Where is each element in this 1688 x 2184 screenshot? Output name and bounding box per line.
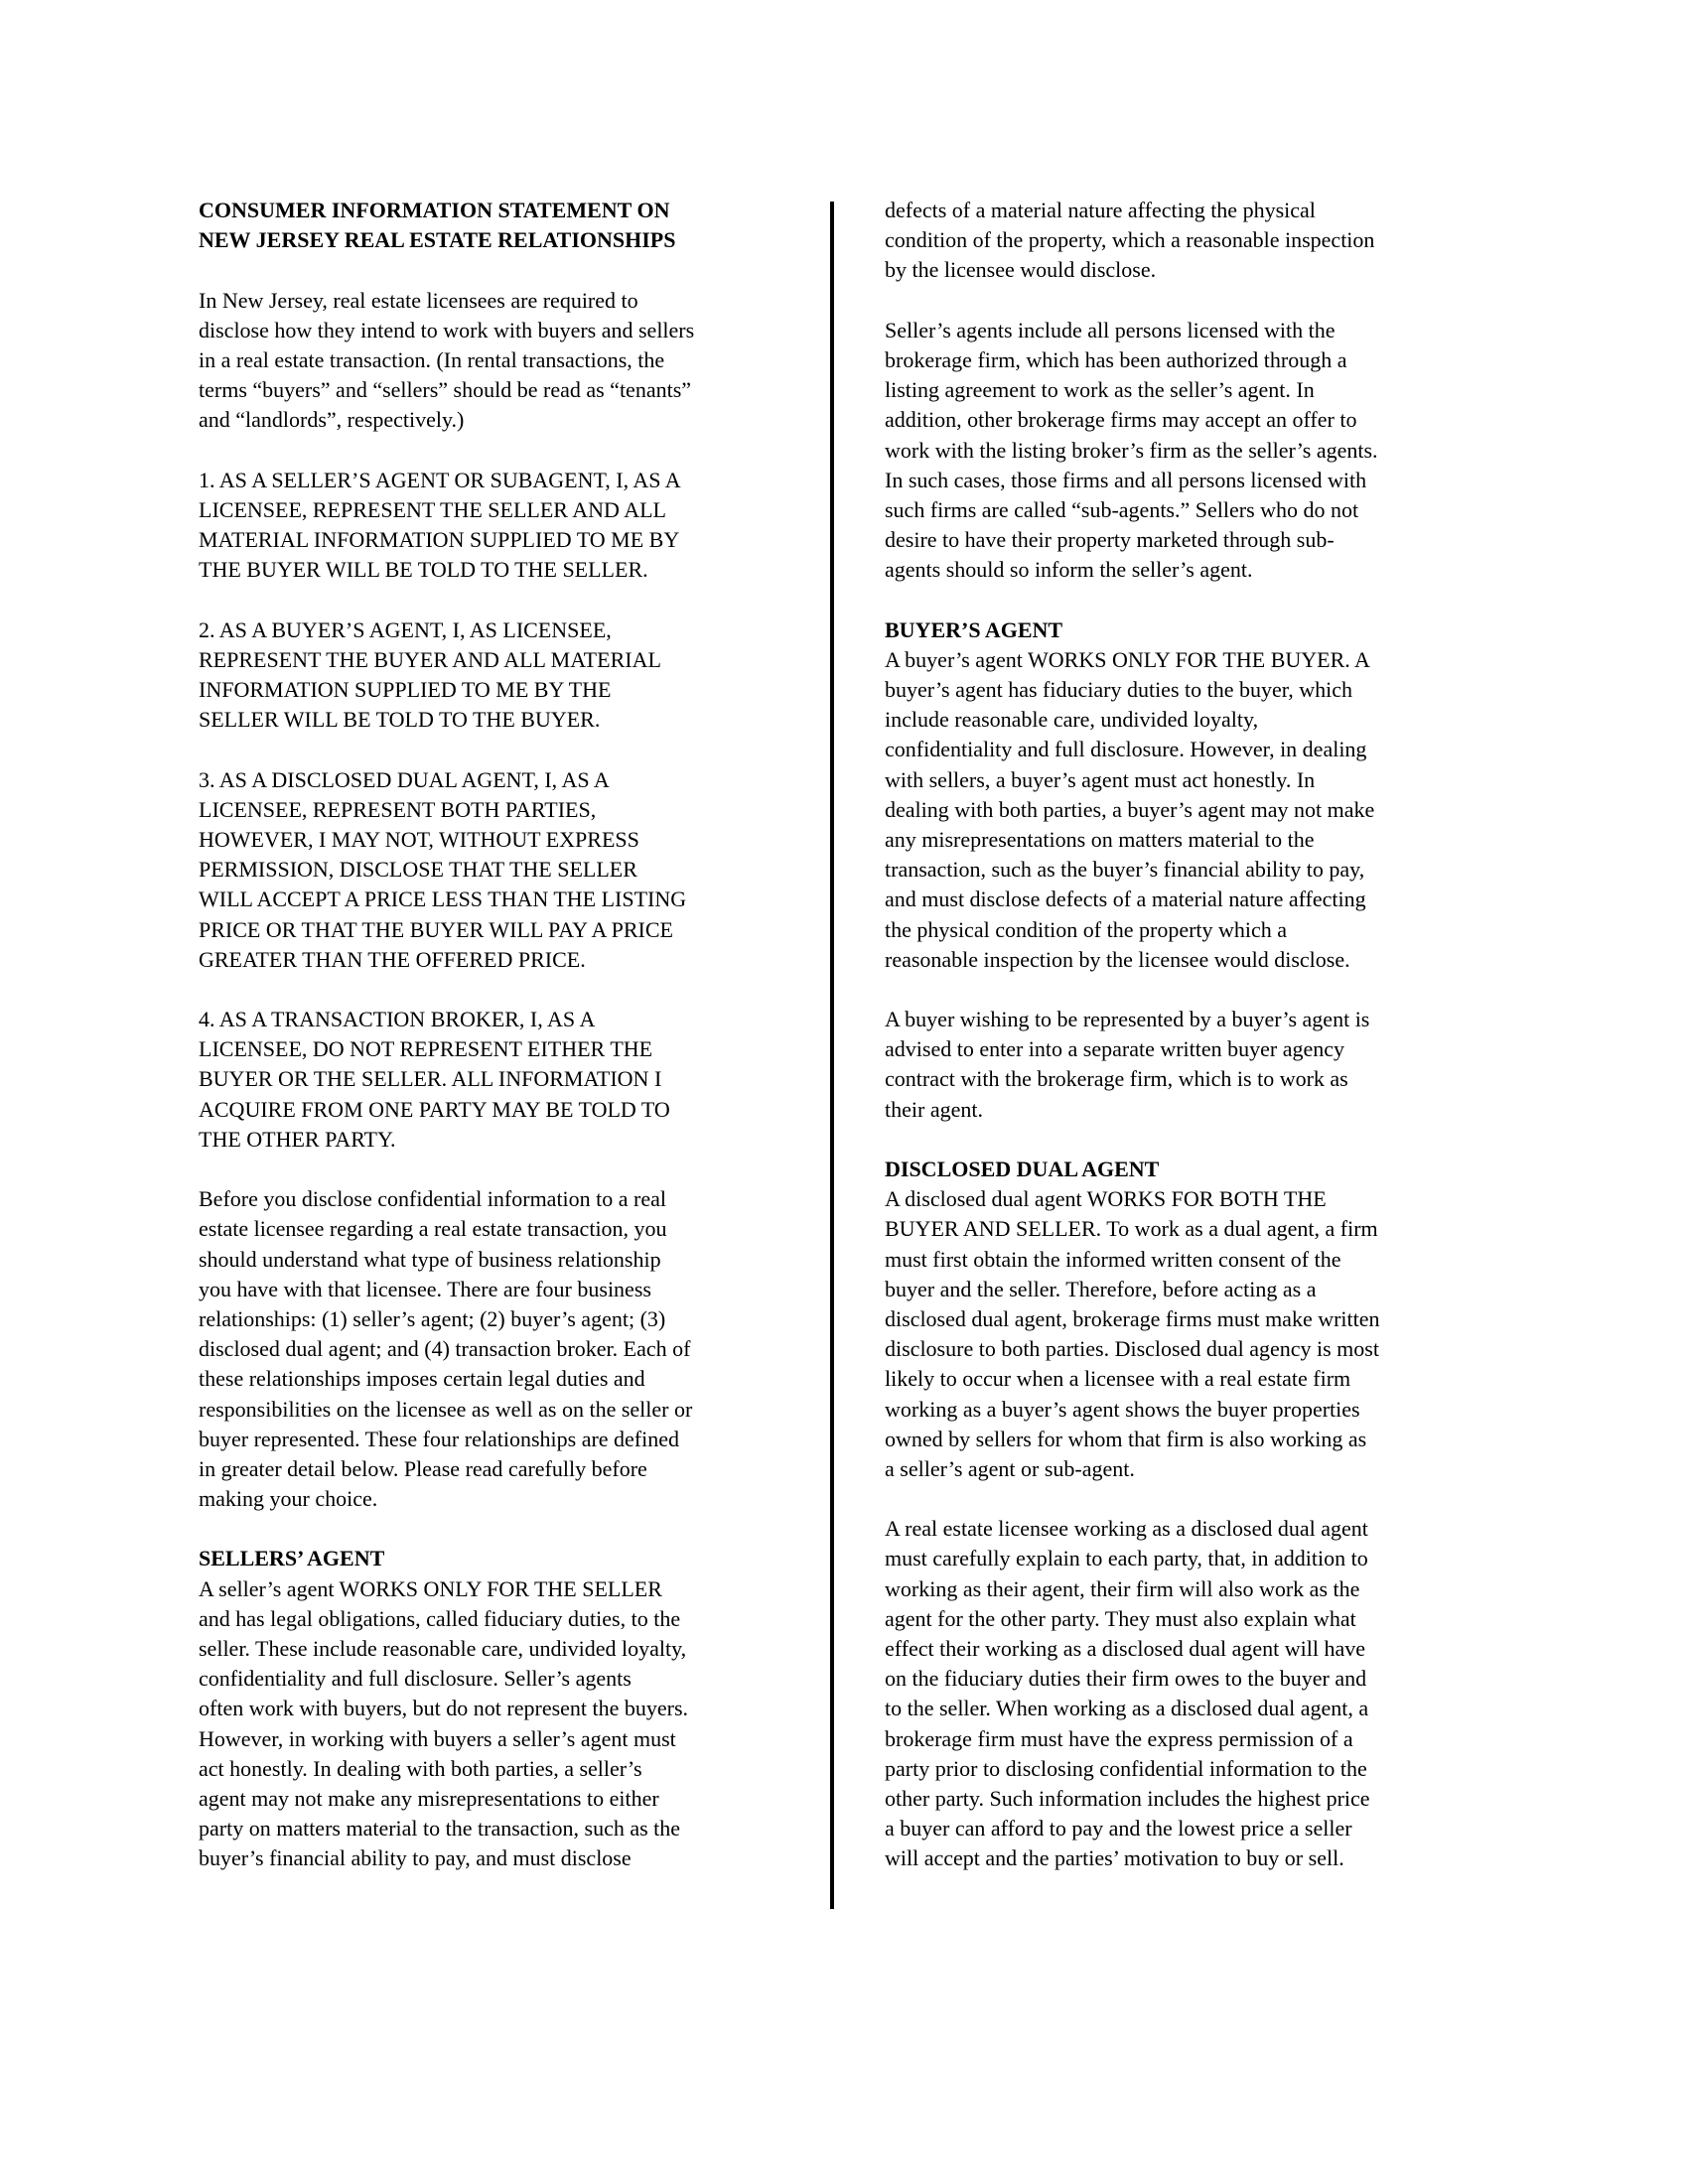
spacer: [199, 585, 794, 614]
spacer: [199, 1514, 794, 1544]
text-line: REPRESENT THE BUYER AND ALL MATERIAL: [199, 645, 794, 675]
text-line: these relationships imposes certain lega…: [199, 1364, 794, 1394]
text-line: SELLER WILL BE TOLD TO THE BUYER.: [199, 705, 794, 735]
text-line: making your choice.: [199, 1484, 794, 1514]
text-line: disclosed dual agent; and (4) transactio…: [199, 1334, 794, 1364]
text-line: ACQUIRE FROM ONE PARTY MAY BE TOLD TO: [199, 1095, 794, 1125]
text-line: A disclosed dual agent WORKS FOR BOTH TH…: [885, 1184, 1500, 1214]
text-line: HOWEVER, I MAY NOT, WITHOUT EXPRESS: [199, 825, 794, 855]
text-line: MATERIAL INFORMATION SUPPLIED TO ME BY: [199, 525, 794, 555]
text-line: transaction, such as the buyer’s financi…: [885, 855, 1500, 885]
text-line: 1. AS A SELLER’S AGENT OR SUBAGENT, I, A…: [199, 466, 794, 495]
text-line: buyer’s financial ability to pay, and mu…: [199, 1843, 794, 1873]
spacer: [885, 286, 1500, 316]
text-line: on the fiduciary duties their firm owes …: [885, 1664, 1500, 1694]
right-column: defects of a material nature affecting t…: [885, 196, 1500, 1874]
text-line: BUYER AND SELLER. To work as a dual agen…: [885, 1214, 1500, 1244]
text-line: include reasonable care, undivided loyal…: [885, 705, 1500, 735]
text-line: often work with buyers, but do not repre…: [199, 1694, 794, 1723]
text-line: work with the listing broker’s firm as t…: [885, 436, 1500, 466]
dual-agent-explain-paragraph: A real estate licensee working as a disc…: [885, 1514, 1500, 1873]
text-line: Seller’s agents include all persons lice…: [885, 316, 1500, 345]
title-line: NEW JERSEY REAL ESTATE RELATIONSHIPS: [199, 225, 794, 255]
buyer-wishing-paragraph: A buyer wishing to be represented by a b…: [885, 1005, 1500, 1125]
text-line: In New Jersey, real estate licensees are…: [199, 286, 794, 316]
text-line: 3. AS A DISCLOSED DUAL AGENT, I, AS A: [199, 765, 794, 795]
spacer: [885, 585, 1500, 614]
sellers-agents-include-paragraph: Seller’s agents include all persons lice…: [885, 316, 1500, 586]
section-sellers-agent: SELLERS’ AGENT A seller’s agent WORKS ON…: [199, 1544, 794, 1873]
text-line: LICENSEE, REPRESENT BOTH PARTIES,: [199, 795, 794, 825]
text-line: relationships: (1) seller’s agent; (2) b…: [199, 1304, 794, 1334]
intro-paragraph: In New Jersey, real estate licensees are…: [199, 286, 794, 436]
text-line: and must disclose defects of a material …: [885, 885, 1500, 914]
document-page: CONSUMER INFORMATION STATEMENT ON NEW JE…: [0, 0, 1688, 2184]
text-line: estate licensee regarding a real estate …: [199, 1214, 794, 1244]
item-dual-agent: 3. AS A DISCLOSED DUAL AGENT, I, AS A LI…: [199, 765, 794, 975]
text-line: disclosed dual agent, brokerage firms mu…: [885, 1304, 1500, 1334]
section-heading: DISCLOSED DUAL AGENT: [885, 1155, 1500, 1184]
text-line: in a real estate transaction. (In rental…: [199, 345, 794, 375]
item-buyers-agent: 2. AS A BUYER’S AGENT, I, AS LICENSEE, R…: [199, 615, 794, 736]
text-line: party on matters material to the transac…: [199, 1814, 794, 1843]
spacer: [199, 436, 794, 466]
before-disclosure-paragraph: Before you disclose confidential informa…: [199, 1184, 794, 1514]
text-line: in greater detail below. Please read car…: [199, 1454, 794, 1484]
item-sellers-agent: 1. AS A SELLER’S AGENT OR SUBAGENT, I, A…: [199, 466, 794, 586]
text-line: THE BUYER WILL BE TOLD TO THE SELLER.: [199, 555, 794, 585]
text-line: disclose how they intend to work with bu…: [199, 316, 794, 345]
text-line: such firms are called “sub-agents.” Sell…: [885, 495, 1500, 525]
section-heading: SELLERS’ AGENT: [199, 1544, 794, 1573]
spacer: [199, 255, 794, 285]
text-line: should understand what type of business …: [199, 1245, 794, 1275]
text-line: effect their working as a disclosed dual…: [885, 1634, 1500, 1664]
text-line: the physical condition of the property w…: [885, 915, 1500, 945]
section-heading: BUYER’S AGENT: [885, 615, 1500, 645]
text-line: PERMISSION, DISCLOSE THAT THE SELLER: [199, 855, 794, 885]
spacer: [885, 1125, 1500, 1155]
text-line: act honestly. In dealing with both parti…: [199, 1754, 794, 1784]
text-line: likely to occur when a licensee with a r…: [885, 1364, 1500, 1394]
text-line: THE OTHER PARTY.: [199, 1125, 794, 1155]
sellers-agent-continued: defects of a material nature affecting t…: [885, 196, 1500, 286]
left-column: CONSUMER INFORMATION STATEMENT ON NEW JE…: [199, 196, 794, 1874]
section-disclosed-dual-agent: DISCLOSED DUAL AGENT A disclosed dual ag…: [885, 1155, 1500, 1484]
text-line: responsibilities on the licensee as well…: [199, 1395, 794, 1425]
column-divider: [830, 202, 834, 1909]
item-transaction-broker: 4. AS A TRANSACTION BROKER, I, AS A LICE…: [199, 1005, 794, 1155]
spacer: [199, 735, 794, 764]
text-line: PRICE OR THAT THE BUYER WILL PAY A PRICE: [199, 915, 794, 945]
text-line: confidentiality and full disclosure. Sel…: [199, 1664, 794, 1694]
text-line: condition of the property, which a reaso…: [885, 225, 1500, 255]
title-line: CONSUMER INFORMATION STATEMENT ON: [199, 196, 794, 225]
text-line: A buyer’s agent WORKS ONLY FOR THE BUYER…: [885, 645, 1500, 675]
text-line: 4. AS A TRANSACTION BROKER, I, AS A: [199, 1005, 794, 1034]
text-line: A real estate licensee working as a disc…: [885, 1514, 1500, 1544]
text-line: In such cases, those firms and all perso…: [885, 466, 1500, 495]
text-line: to the seller. When working as a disclos…: [885, 1694, 1500, 1723]
spacer: [885, 1484, 1500, 1514]
text-line: desire to have their property marketed t…: [885, 525, 1500, 555]
section-buyers-agent: BUYER’S AGENT A buyer’s agent WORKS ONLY…: [885, 615, 1500, 975]
text-line: A buyer wishing to be represented by a b…: [885, 1005, 1500, 1034]
text-line: dealing with both parties, a buyer’s age…: [885, 795, 1500, 825]
text-line: buyer’s agent has fiduciary duties to th…: [885, 675, 1500, 705]
text-line: contract with the brokerage firm, which …: [885, 1064, 1500, 1094]
text-line: listing agreement to work as the seller’…: [885, 375, 1500, 405]
text-line: and “landlords”, respectively.): [199, 405, 794, 435]
text-line: any misrepresentations on matters materi…: [885, 825, 1500, 855]
text-line: working as their agent, their firm will …: [885, 1574, 1500, 1604]
text-line: party prior to disclosing confidential i…: [885, 1754, 1500, 1784]
text-line: agent may not make any misrepresentation…: [199, 1784, 794, 1814]
text-line: seller. These include reasonable care, u…: [199, 1634, 794, 1664]
text-line: buyer represented. These four relationsh…: [199, 1425, 794, 1454]
text-line: agent for the other party. They must als…: [885, 1604, 1500, 1634]
text-line: a buyer can afford to pay and the lowest…: [885, 1814, 1500, 1843]
text-line: advised to enter into a separate written…: [885, 1034, 1500, 1064]
text-line: However, in working with buyers a seller…: [199, 1724, 794, 1754]
spacer: [199, 1155, 794, 1184]
text-line: 2. AS A BUYER’S AGENT, I, AS LICENSEE,: [199, 615, 794, 645]
text-line: owned by sellers for whom that firm is a…: [885, 1425, 1500, 1454]
text-line: buyer and the seller. Therefore, before …: [885, 1275, 1500, 1304]
text-line: disclosure to both parties. Disclosed du…: [885, 1334, 1500, 1364]
text-line: brokerage firm, which has been authorize…: [885, 345, 1500, 375]
text-line: must carefully explain to each party, th…: [885, 1544, 1500, 1573]
spacer: [885, 975, 1500, 1005]
text-line: must first obtain the informed written c…: [885, 1245, 1500, 1275]
text-line: LICENSEE, DO NOT REPRESENT EITHER THE: [199, 1034, 794, 1064]
document-title: CONSUMER INFORMATION STATEMENT ON NEW JE…: [199, 196, 794, 255]
text-line: BUYER OR THE SELLER. ALL INFORMATION I: [199, 1064, 794, 1094]
text-line: and has legal obligations, called fiduci…: [199, 1604, 794, 1634]
text-line: addition, other brokerage firms may acce…: [885, 405, 1500, 435]
text-line: INFORMATION SUPPLIED TO ME BY THE: [199, 675, 794, 705]
text-line: terms “buyers” and “sellers” should be r…: [199, 375, 794, 405]
text-line: other party. Such information includes t…: [885, 1784, 1500, 1814]
text-line: A seller’s agent WORKS ONLY FOR THE SELL…: [199, 1574, 794, 1604]
text-line: you have with that licensee. There are f…: [199, 1275, 794, 1304]
text-line: defects of a material nature affecting t…: [885, 196, 1500, 225]
text-line: GREATER THAN THE OFFERED PRICE.: [199, 945, 794, 975]
text-line: will accept and the parties’ motivation …: [885, 1843, 1500, 1873]
text-line: confidentiality and full disclosure. How…: [885, 735, 1500, 764]
text-line: WILL ACCEPT A PRICE LESS THAN THE LISTIN…: [199, 885, 794, 914]
text-line: Before you disclose confidential informa…: [199, 1184, 794, 1214]
spacer: [199, 975, 794, 1005]
text-line: with sellers, a buyer’s agent must act h…: [885, 765, 1500, 795]
text-line: agents should so inform the seller’s age…: [885, 555, 1500, 585]
text-line: LICENSEE, REPRESENT THE SELLER AND ALL: [199, 495, 794, 525]
text-line: reasonable inspection by the licensee wo…: [885, 945, 1500, 975]
text-line: by the licensee would disclose.: [885, 255, 1500, 285]
text-line: their agent.: [885, 1095, 1500, 1125]
text-line: brokerage firm must have the express per…: [885, 1724, 1500, 1754]
text-line: a seller’s agent or sub-agent.: [885, 1454, 1500, 1484]
text-line: working as a buyer’s agent shows the buy…: [885, 1395, 1500, 1425]
